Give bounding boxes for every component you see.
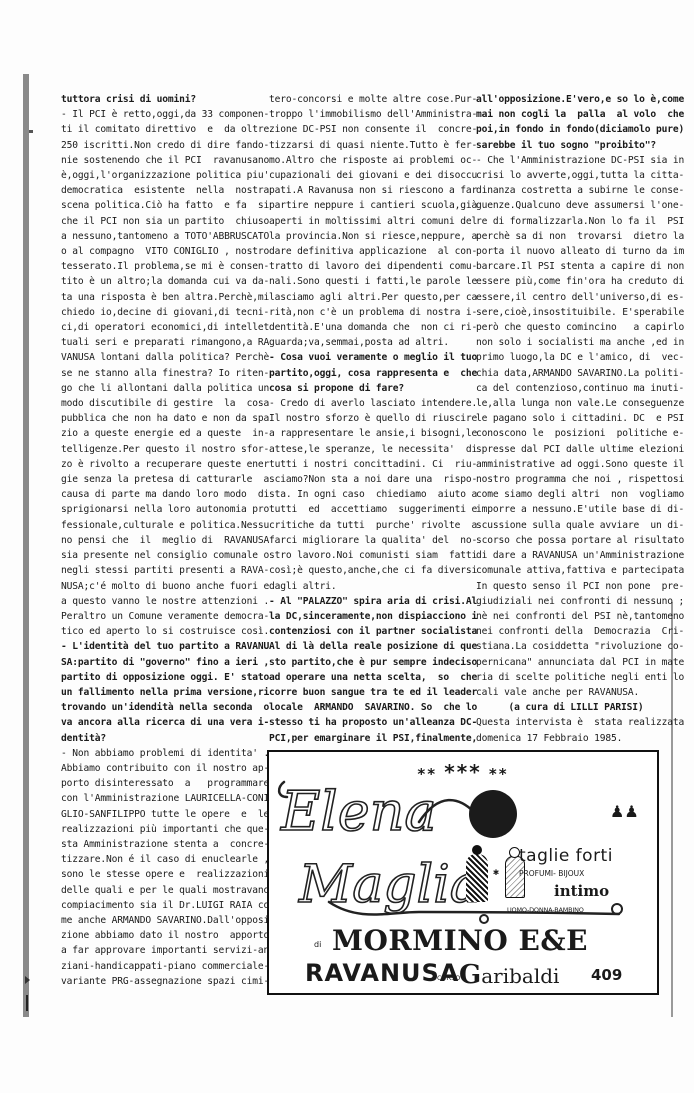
article-line: partito di opposizione oggi. E' stato (61, 670, 261, 685)
article-line: partito,oggi, cosa rappresenta e che (269, 366, 469, 381)
article-line: farci migliorare la qualita' del no- (269, 533, 469, 548)
di-text: di (314, 940, 321, 949)
article-line: dentità? (61, 731, 261, 746)
article-line: lasciamo agli altri.Per questo,per ca (269, 290, 469, 305)
article-line: come siamo degli altri non vogliamo (476, 487, 676, 502)
article-line: sto partito,che è pur sempre indeciso (269, 655, 469, 670)
article-line: ziani-handicappati-piano commerciale- (61, 959, 261, 974)
article-line: (a cura di LILLI PARISI) (476, 700, 676, 715)
article-line: conoscono le posizioni politiche e- (476, 426, 676, 441)
margin-mark (29, 130, 33, 133)
article-line: cali vale anche per RAVANUSA. (476, 685, 676, 700)
article-line: con l'Amministrazione LAURICELLA-CONI (61, 791, 261, 806)
article-line: all'opposizione.E'vero,e so lo è,come (476, 92, 676, 107)
article-line: dare definitiva applicazione al con- (269, 244, 469, 259)
article-line: Al di là della reale posizione di que (269, 639, 469, 654)
article-line: di dare a RAVANUSA un'Amministrazione (476, 548, 676, 563)
article-line: sprigionarsi nella loro autonomia pro (61, 502, 261, 517)
article-line: delle quali e per le quali mostravano (61, 883, 261, 898)
article-line: dagli altri. (269, 579, 469, 594)
article-line: le,alla lunga non vale.Le conseguenze (476, 396, 676, 411)
yarn-ball-graphic (469, 790, 517, 838)
article-line: spresse dal PCI dalle ultime elezioni (476, 442, 676, 457)
article-line: - L'identità del tuo partito a RAVANU (61, 639, 261, 654)
article-line: sta Amministrazione stenta a concre- (61, 837, 261, 852)
article-line: aperti in moltissimi altri comuni del (269, 214, 469, 229)
article-line: causa di parte ma dando loro modo di (61, 487, 261, 502)
article-line: ti il comitato direttivo e da oltre (61, 122, 261, 137)
article-line: tizzarsi di quasi niente.Tutto è fer- (269, 138, 469, 153)
article-line: va ancora alla ricerca di una vera i- (61, 715, 261, 730)
profumi-bijoux-text: PROFUMI- BIJOUX (519, 869, 584, 878)
article-line: realizzazioni più importanti che que- (61, 822, 261, 837)
article-line: nè nei confronti del PSI nè,tantomeno (476, 609, 676, 624)
article-line: imporre a nessuno.E'utile base di di- (476, 502, 676, 517)
article-line: locale ARMANDO SAVARINO. So che lo (269, 700, 469, 715)
page-binding-edge (23, 74, 29, 1017)
article-line: chia data,ARMANDO SAVARINO.La politi- (476, 366, 676, 381)
article-line: così;è questo,anche,che ci fa diversi (269, 563, 469, 578)
article-line: nei confronti della Democrazia Cri- (476, 624, 676, 639)
article-line: tuttora crisi di uomini? (61, 92, 261, 107)
article-line: Peraltro un Comune veramente democra- (61, 609, 261, 624)
article-line: 250 iscritti.Non credo di dire fando- (61, 138, 261, 153)
article-column-2: tero-concorsi e molte altre cose.Pur-tro… (269, 92, 469, 746)
article-line: amministrative ad oggi.Sono queste il (476, 457, 676, 472)
article-line: - Credo di averlo lasciato intendere. (269, 396, 469, 411)
article-line: però che questo comincino a capirlo (476, 320, 676, 335)
article-line: partire neppure i cantieri scuola,già (269, 198, 469, 213)
article-line: Questa intervista è stata realizzata (476, 715, 676, 730)
article-line: ci,di operatori economici,di intellet (61, 320, 261, 335)
article-line: un fallimento nella prima versione,ri (61, 685, 261, 700)
svg-text:Elena: Elena (280, 780, 437, 843)
article-line: NUSA;c'é molto di buono anche fuori e (61, 579, 261, 594)
article-line: stiana.La cosiddetta "rivoluzione co- (476, 639, 676, 654)
brand-name: MORMINO E&E (332, 924, 588, 957)
article-line: rità,non c'è un problema di nostra i- (269, 305, 469, 320)
article-line: comunale attiva,fattiva e partecipata (476, 563, 676, 578)
article-line: barcare.Il PSI stenta a capire di non (476, 259, 676, 274)
article-line: o al compagno VITO CONIGLIO , nostro (61, 244, 261, 259)
article-line: essere più,come fin'ora ha creduto di (476, 274, 676, 289)
article-line: cupazionali dei giovani e dei disoccu (269, 168, 469, 183)
article-line: troppo l'immobilismo dell'Amministra- (269, 107, 469, 122)
article-line: tutti i nostri concittadini. Ci riu- (269, 457, 469, 472)
article-line: tico ed aperto lo si costruisce così. (61, 624, 261, 639)
article-line: tesserato.Il problema,se mi è consen- (61, 259, 261, 274)
article-line: critiche da tutti purche' rivolte a (269, 518, 469, 533)
article-line: zione abbiamo dato il nostro apporto (61, 928, 261, 943)
article-line: - Cosa vuoi veramente o meglio il tuo (269, 350, 469, 365)
article-line: Il nostro sforzo è quello di riuscire (269, 411, 469, 426)
article-line: cosa si propone di fare? (269, 381, 469, 396)
man-figure-graphic (466, 854, 488, 902)
article-line: gie senza la pretesa di catturarle a (61, 472, 261, 487)
article-line: ria di scelte politiche negli enti lo (476, 670, 676, 685)
article-line: no pensi che il meglio di RAVANUSA (61, 533, 261, 548)
article-line: sia presente nel consiglio comunale o (61, 548, 261, 563)
article-line: compiacimento sia il Dr.LUIGI RAIA co (61, 898, 261, 913)
article-line: variante PRG-assegnazione spazi cimi- (61, 974, 261, 989)
article-line: è,oggi,l'organizzazione politica piu' (61, 168, 261, 183)
article-line: tratto di lavoro dei dipendenti comu- (269, 259, 469, 274)
article-line: scorso che possa portare al risultato (476, 533, 676, 548)
article-line: le pagano solo i cittadini. DC e PSI (476, 411, 676, 426)
article-line: GLIO-SANFILIPPO tutte le opere e le (61, 807, 261, 822)
article-line: - Non abbiamo problemi di identita' . (61, 746, 261, 761)
street-name: Garibaldi (459, 960, 559, 990)
article-line: tero-concorsi e molte altre cose.Pur- (269, 92, 469, 107)
corso-label: CORSO (437, 974, 460, 982)
article-line: nie sostenendo che il PCI ravanusano (61, 153, 261, 168)
article-line: dinanza costretta a subirne le conse- (476, 183, 676, 198)
article-line: sono le stesse opere e realizzazioni (61, 867, 261, 882)
article-line: stesso ti ha proposto un'alleanza DC- (269, 715, 469, 730)
article-line: fessionale,culturale e politica.Nessu (61, 518, 261, 533)
article-line: giudiziali nei confronti di nessuno ; (476, 594, 676, 609)
article-line: se ne stanno alla finestra? Io riten- (61, 366, 261, 381)
article-line: a nessuno,tantomeno a TOTO'ABBRUSCATO (61, 229, 261, 244)
article-line: contenziosi con il partner socialista (269, 624, 469, 639)
article-line: democratica esistente nella nostra (61, 183, 261, 198)
svg-text:Maglia: Maglia (298, 855, 481, 915)
article-line: ad operare una netta scelta, so che (269, 670, 469, 685)
article-line: attese,le speranze, le necessita' di (269, 442, 469, 457)
children-figures-icon: ♟♟ (610, 802, 639, 821)
article-line: crisi lo avverte,oggi,tutta la citta- (476, 168, 676, 183)
article-line: perchè sa di non trovarsi dietro la (476, 229, 676, 244)
article-line: mai non cogli la palla al volo che (476, 107, 676, 122)
article-line: ca del contenzioso,continuo ma inuti- (476, 381, 676, 396)
taglie-forti-text: taglie forti (519, 846, 613, 866)
intimo-text: intimo (554, 882, 609, 900)
article-line: negli stessi partiti presenti a RAVA- (61, 563, 261, 578)
article-line: tito è un altro;la domanda cui va da- (61, 274, 261, 289)
article-line: zo è rivolto a recuperare queste ener (61, 457, 261, 472)
article-line: mo.Altro che risposte ai problemi oc- (269, 153, 469, 168)
article-line: nali.Sono questi i fatti,le parole le (269, 274, 469, 289)
small-star-icon: ✱ (493, 867, 499, 878)
article-line: zione DC-PSI non consente il concre- (269, 122, 469, 137)
article-column-3: all'opposizione.E'vero,e so lo è,comemai… (476, 92, 676, 746)
article-line: sta. In ogni caso chiediamo aiuto a (269, 487, 469, 502)
article-line: a questo vanno le nostre attenzioni . (61, 594, 261, 609)
article-line: tizzare.Non é il caso di enuclearle , (61, 852, 261, 867)
article-line: chiedo io,decine di giovani,di tecni- (61, 305, 261, 320)
article-line: VANUSA lontani dalla politica? Perchè (61, 350, 261, 365)
uomo-donna-bambino-text: UOMO-DONNA-BAMBINO (507, 906, 584, 914)
article-line: In questo senso il PCI non pone pre- (476, 579, 676, 594)
article-line: poi,in fondo in fondo(diciamolo pure) (476, 122, 676, 137)
article-line: re di formalizzarla.Non lo fa il PSI (476, 214, 676, 229)
article-line: a rappresentare le ansie,i bisogni,le (269, 426, 469, 441)
article-line: tuali seri e preparati rimangono,a RA (61, 335, 261, 350)
article-line: domenica 17 Febbraio 1985. (476, 731, 676, 746)
article-line: SA:partito di "governo" fino a ieri , (61, 655, 261, 670)
article-line: la DC,sinceramente,non dispiacciono i (269, 609, 469, 624)
article-line: ta una risposta è ben altra.Perchè,mi (61, 290, 261, 305)
article-line: corre buon sangue tra te ed il leader (269, 685, 469, 700)
article-line: - Al "PALAZZO" spira aria di crisi.Al (269, 594, 469, 609)
advertisement-box: ** *** ** Elena Maglia ♟♟ ✱ taglie forti… (267, 750, 659, 995)
margin-tick-mark (26, 995, 28, 1011)
article-line: stro lavoro.Noi comunisti siam fatti (269, 548, 469, 563)
article-line: essere,il centro dell'universo,di es- (476, 290, 676, 305)
article-line: go che li allontani dalla politica un (61, 381, 261, 396)
article-line: porta il nuovo alleato di turno da im (476, 244, 676, 259)
street-number: 409 (591, 966, 622, 984)
article-line: primo luogo,la DC e l'amico, di vec- (476, 350, 676, 365)
article-line: nostro programma che noi , rispettosi (476, 472, 676, 487)
article-line: la provincia.Non si riesce,neppure, a (269, 229, 469, 244)
city-name: RAVANUSA (305, 959, 459, 987)
article-line: a far approvare importanti servizi-an (61, 943, 261, 958)
article-line: pernicana" annunciata dal PCI in mate (476, 655, 676, 670)
article-line: me anche ARMANDO SAVARINO.Dall'opposi (61, 913, 261, 928)
article-line: trovando un'idendità nella seconda o (61, 700, 261, 715)
article-line: - Il PCI è retto,oggi,da 33 componen- (61, 107, 261, 122)
article-line: modo discutibile di gestire la cosa (61, 396, 261, 411)
article-line: sere,cioè,insostituibile. E'sperabile (476, 305, 676, 320)
article-line: guarda;va,semmai,posta ad altri. (269, 335, 469, 350)
article-line: dentità.E'una domanda che non ci ri- (269, 320, 469, 335)
article-line: che il PCI non sia un partito chiuso (61, 214, 261, 229)
article-line: non solo i socialisti ma anche ,ed in (476, 335, 676, 350)
article-column-1: tuttora crisi di uomini?- Il PCI è retto… (61, 92, 261, 989)
article-line: PCI,per emarginare il PSI,finalmente, (269, 731, 469, 746)
article-line: sciamo?Non sta a noi dare una rispo- (269, 472, 469, 487)
article-line: guenze.Qualcuno deve assumersi l'one- (476, 198, 676, 213)
article-line: telligenze.Per questo il nostro sfor- (61, 442, 261, 457)
article-line: Abbiamo contribuito con il nostro ap- (61, 761, 261, 776)
article-line: tutti ed accettiamo suggerimenti e (269, 502, 469, 517)
article-line: porto disinteressato a programmare (61, 776, 261, 791)
article-line: pubblica che non ha dato e non da spa (61, 411, 261, 426)
article-line: scussione sulla quale avviare un di- (476, 518, 676, 533)
article-line: - Che l'Amministrazione DC-PSI sia in (476, 153, 676, 168)
margin-arrow-mark (25, 976, 30, 984)
article-line: pati.A Ravanusa non si riescono a far (269, 183, 469, 198)
article-line: zio a queste energie ed a queste in- (61, 426, 261, 441)
article-line: scena politica.Ciò ha fatto e fa si (61, 198, 261, 213)
article-line: sarebbe il tuo sogno "proibito"? (476, 138, 676, 153)
